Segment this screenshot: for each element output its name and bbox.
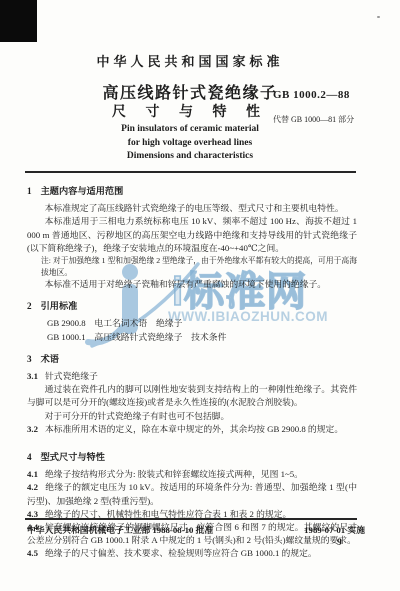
section-2-title: 引用标准 xyxy=(41,301,78,311)
section-3-number: 3 xyxy=(27,354,32,364)
document-title-en: Pin insulators of ceramic material for h… xyxy=(30,123,350,164)
clause-3-2-text: 本标准所用术语的定义，除在本章中规定的外，其余均按 GB 2900.8 的规定。 xyxy=(45,424,343,434)
clause-3-1-number: 3.1 xyxy=(27,371,38,381)
reference-1: GB 2900.8 电工名词术语 绝缘子 xyxy=(47,317,357,330)
clause-3-1-title: 针式瓷绝缘子 xyxy=(45,371,98,381)
section-1-heading: 1主题内容与适用范围 xyxy=(27,185,357,198)
clause-4-1: 4.1绝缘子按结构形式分为: 胶装式和锌套螺纹连接式两种，见图 1~5。 xyxy=(27,468,357,481)
supersedes-note: 代替 GB 1000—81 部分 xyxy=(273,114,354,125)
clause-3-2: 3.2本标准所用术语的定义，除在本章中规定的外，其余均按 GB 2900.8 的… xyxy=(27,423,357,436)
scan-speck xyxy=(377,16,380,18)
clause-4-2-number: 4.2 xyxy=(27,482,38,492)
section-4-heading: 4型式尺寸与特性 xyxy=(27,451,357,464)
clause-4-5: 4.5绝缘子的尺寸偏差、技术要求、检验规则等应符合 GB 1000.1 的规定。 xyxy=(27,547,357,560)
clause-3-2-number: 3.2 xyxy=(27,424,38,434)
section-1-paragraph-2: 本标准适用于三相电力系统标称电压 10 kV、频率不超过 100 Hz、海拔不超… xyxy=(27,215,357,255)
section-4-title: 型式尺寸与特性 xyxy=(41,452,105,462)
section-1-paragraph-1: 本标准规定了高压线路针式瓷绝缘子的电压等级、型式尺寸和主要机电特性。 xyxy=(27,202,357,215)
section-1-paragraph-3: 本标准不适用于对绝缘子瓷釉和锌层有严重腐蚀的环境下使用的绝缘子。 xyxy=(27,278,357,291)
clause-3-1-heading: 3.1针式瓷绝缘子 xyxy=(27,370,357,383)
section-1-note: 注: 对于加强绝缘 1 型和加强绝缘 2 型绝缘子，由于外绝缘水平都有较大的提高… xyxy=(41,255,357,278)
standard-code: GB 1000.2—88 xyxy=(273,89,350,101)
clause-3-1-paragraph-2: 对于可分开的针式瓷绝缘子有时也可不包括脚。 xyxy=(27,410,357,423)
scanned-standard-page: i标准网 WWW.IBIAOZHUN.COM 中华人民共和国国家标准 高压线路针… xyxy=(0,0,400,591)
section-2-heading: 2引用标准 xyxy=(27,300,357,313)
clause-4-5-number: 4.5 xyxy=(27,548,38,558)
national-standard-label: 中华人民共和国国家标准 xyxy=(30,51,350,70)
section-3-title: 术语 xyxy=(41,354,59,364)
section-4-number: 4 xyxy=(27,452,32,462)
header-divider xyxy=(25,171,356,173)
approval-statement: 中华人民共和国机械电子工业部 1988-08-10 批准 xyxy=(27,523,213,536)
reference-2: GB 1000.1 高压线路针式瓷绝缘子 技术条件 xyxy=(47,331,357,344)
document-body: 1主题内容与适用范围 本标准规定了高压线路针式瓷绝缘子的电压等级、型式尺寸和主要… xyxy=(27,179,357,561)
clause-4-2-text: 绝缘子的额定电压为 10 kV。按适用的环境条件分为: 普通型、加强绝缘 1 型… xyxy=(27,482,357,505)
section-1-number: 1 xyxy=(27,186,32,196)
clause-3-1-paragraph-1: 通过装在瓷件孔内的脚可以刚性地安装到支持结构上的一种刚性绝缘子。其瓷件与脚可以是… xyxy=(27,383,357,409)
section-1-title: 主题内容与适用范围 xyxy=(41,186,124,196)
scan-artifact-corner xyxy=(0,0,37,42)
clause-4-1-number: 4.1 xyxy=(27,469,38,479)
clause-4-1-text: 绝缘子按结构形式分为: 胶装式和锌套螺纹连接式两种，见图 1~5。 xyxy=(45,469,303,479)
page-number: 9 xyxy=(337,538,342,548)
effective-date: 1989-07-01 实施 xyxy=(304,523,365,536)
clause-4-5-text: 绝缘子的尺寸偏差、技术要求、检验规则等应符合 GB 1000.1 的规定。 xyxy=(45,548,317,558)
section-3-heading: 3术语 xyxy=(27,353,357,366)
clause-4-2: 4.2绝缘子的额定电压为 10 kV。按适用的环境条件分为: 普通型、加强绝缘 … xyxy=(27,481,357,507)
section-2-number: 2 xyxy=(27,301,32,311)
footer-divider xyxy=(25,518,357,520)
